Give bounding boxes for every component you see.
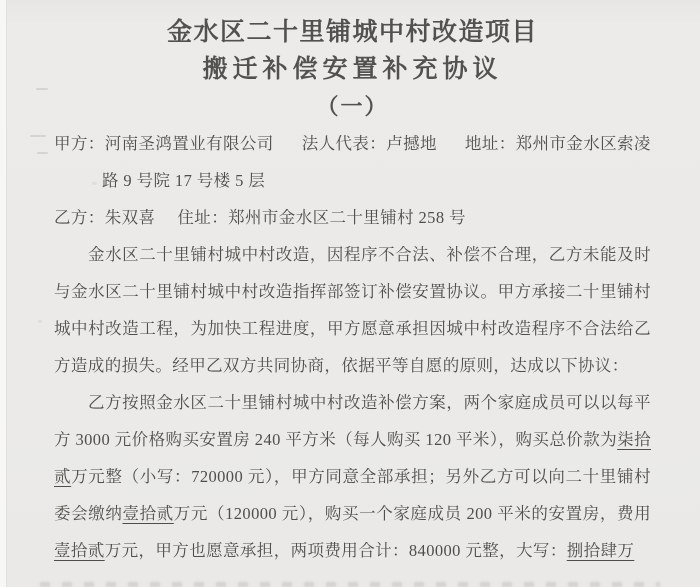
compensation-text: 万元（120000 元），购买一个家庭成员 200 平米的安置房，费用 xyxy=(174,504,651,523)
scan-artifact xyxy=(30,135,46,137)
document-title-line2: 搬迁补偿安置补充协议 xyxy=(54,51,651,88)
scanned-document-page: 金水区二十里铺城中村改造项目 搬迁补偿安置补充协议 （一） 甲方：河南圣鸿置业有… xyxy=(0,0,700,587)
document-title-number: （一） xyxy=(54,88,651,125)
compensation-text: 乙方按照金水区二十里铺村城中村改造补偿方案，两个家庭成员可以以每平方 3000 … xyxy=(54,393,651,449)
amount-120000-capital-2: 壹拾贰 xyxy=(54,541,105,560)
scan-artifact xyxy=(36,88,48,90)
document-title-line1: 金水区二十里铺城中村改造项目 xyxy=(54,14,651,51)
party-b-name: 朱双喜 xyxy=(105,208,156,227)
amount-840000-capital: 捌拾肆万 xyxy=(567,541,635,560)
party-a-rep-label: 法人代表： xyxy=(302,134,387,153)
party-b-label: 乙方： xyxy=(54,208,105,227)
scan-left-edge xyxy=(0,0,7,587)
party-a-address-line2: 路 9 号院 17 号楼 5 层 xyxy=(102,162,651,199)
party-b-address: 郑州市金水区二十里铺村 258 号 xyxy=(228,208,466,227)
party-a-name: 河南圣鸿置业有限公司 xyxy=(105,134,274,153)
cut-off-next-line xyxy=(40,582,660,587)
party-a-rep-name: 卢撼地 xyxy=(386,134,437,153)
paragraph-background: 金水区二十里铺村城中村改造，因程序不合法、补偿不合理，乙方未能及时与金水区二十里… xyxy=(54,236,651,384)
party-a-address-label: 地址： xyxy=(465,134,516,153)
party-b-address-label: 住址： xyxy=(177,208,228,227)
party-a-line: 甲方：河南圣鸿置业有限公司法人代表：卢撼地地址：郑州市金水区索凌 xyxy=(54,125,651,162)
party-b-line: 乙方：朱双喜住址：郑州市金水区二十里铺村 258 号 xyxy=(54,199,651,236)
amount-120000-capital: 壹拾贰 xyxy=(122,504,173,523)
paragraph-compensation: 乙方按照金水区二十里铺村城中村改造补偿方案，两个家庭成员可以以每平方 3000 … xyxy=(54,384,651,569)
party-a-address-line1: 郑州市金水区索凌 xyxy=(516,134,651,153)
scan-artifact xyxy=(37,152,48,154)
scan-artifact xyxy=(38,320,42,323)
document-content: 金水区二十里铺城中村改造项目 搬迁补偿安置补充协议 （一） 甲方：河南圣鸿置业有… xyxy=(54,14,651,569)
party-a-label: 甲方： xyxy=(54,134,105,153)
compensation-text: 万元，甲方也愿意承担，两项费用合计：840000 元整，大写： xyxy=(105,541,567,560)
